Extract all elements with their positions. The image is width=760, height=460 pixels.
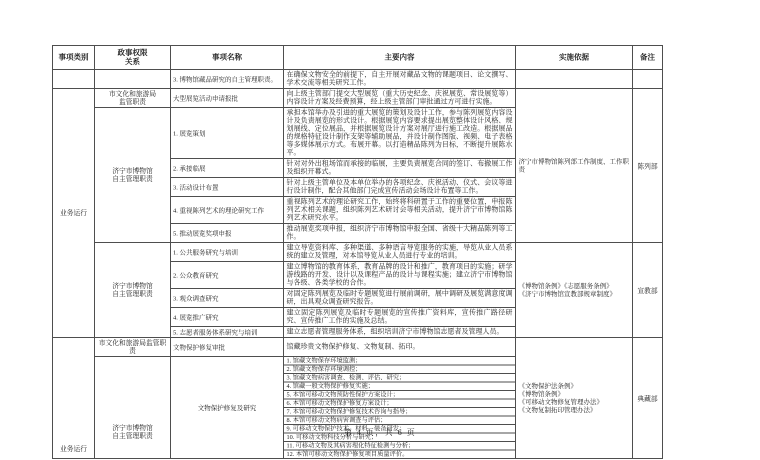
cell-item-name: 3. 活动设计布置: [171, 178, 284, 197]
col-header-main-content: 主要内容: [284, 46, 516, 70]
cell-content-subitem: 8. 本馆可移动文物病害调查与评估；: [284, 416, 516, 425]
responsibility-table: 事项类别 政事权限 关系 事项名称 主要内容 实施依据 备注 3. 博物馆藏品研…: [52, 45, 663, 459]
cell-content-subitem: 2. 馆藏文物保存环境调控；: [284, 365, 516, 374]
cell-category-business-operation: 业务运行: [53, 89, 95, 338]
page-number: 第 4 页，共 6 页: [0, 426, 760, 438]
cell-basis-education-dept: 《博物馆条例》《志愿服务条例》 《济宁市博物馆宣教部规章制度》: [516, 243, 633, 338]
cell-content-subitem: 7. 本馆可移动文物保护修复技术咨询与指导；: [284, 408, 516, 417]
cell-item-name: 1. 展览策划: [171, 108, 284, 159]
header-row: 事项类别 政事权限 关系 事项名称 主要内容 实施依据 备注: [53, 46, 663, 70]
cell-main-content: 针对对外出租场馆而承接的临展，主要负责展览合同的签订、布撤展工作及组织开幕式。: [284, 159, 516, 178]
cell-main-content: 针对上级主管单位及本单位举办的各项纪念、庆祝活动、仪式、会议等进行设计制作，配合…: [284, 178, 516, 197]
cell-main-content: 建立固定陈列展览及临时专题展览的宣传推广资料库，宣传推广路径研究、宣传推广工作的…: [284, 308, 516, 327]
cell-item-name: 5. 志愿者服务体系研究与培训: [171, 327, 284, 338]
table-row: 3. 博物馆藏品研究的自主管理职责。 在确保文物安全的前提下，自主开展对藏品文物…: [53, 70, 663, 89]
cell-main-content: 对固定陈列展览及临时专题展览进行展前调研，展中调研及展览满意度调研，出具观众调查…: [284, 289, 516, 308]
cell-main-content: 建立导览资料库、多种渠道、多种语言导览服务的实施，导览从业人员系统的建立及管理，…: [284, 243, 516, 262]
cell-item-name: 5. 推动展览奖项申报: [171, 224, 284, 243]
cell-item-name: 4. 重视陈列艺术的理论研究工作: [171, 197, 284, 224]
cell-relation-empty: [95, 70, 171, 89]
cell-main-content: 重视陈列艺术的理论研究工作，始终将科研置于工作的重要位置，申报陈列艺术相关课题，…: [284, 197, 516, 224]
cell-item-name: 2. 公众教育研究: [171, 262, 284, 289]
cell-content-subitem: 1. 馆藏文物保存环境监测；: [284, 357, 516, 366]
cell-main-content: 向上级主管部门提交大型展览（重大历史纪念、庆祝展览、常设展览等）内容设计方案及经…: [284, 89, 516, 108]
cell-main-content: 馆藏珍贵文物保护修复、文物复制、拓印。: [284, 338, 516, 357]
cell-relation-supervision: 市文化和旅游局监管职责: [95, 338, 171, 357]
cell-content-subitem: 3. 馆藏文物病害调查、检测、评估、研究；: [284, 374, 516, 383]
cell-main-content: 承担本馆举办及引进的重大展览的策划及设计工作，参与陈列展览内容设计及负责展览的形…: [284, 108, 516, 159]
col-header-authority-relation: 政事权限 关系: [95, 46, 171, 70]
cell-content-subitem: 4. 馆藏一般文物保护修复实施；: [284, 382, 516, 391]
cell-note-empty: [633, 70, 663, 89]
cell-basis-display-dept: 济宁市博物馆陈列部工作制度、工作职责: [516, 89, 633, 243]
document-page: 事项类别 政事权限 关系 事项名称 主要内容 实施依据 备注 3. 博物馆藏品研…: [0, 0, 760, 460]
cell-category-business-operation: 业务运行: [53, 338, 95, 459]
cell-content-subitem: 5. 本馆可移动文物预防性保护方案设计；: [284, 391, 516, 400]
cell-relation-supervision: 市文化和旅游局 监管职责: [95, 89, 171, 108]
cell-main-content: 建立志愿者管理服务体系，组织培训济宁市博物馆志愿者及管理人员。: [284, 327, 516, 338]
cell-item-name: 文物保护修复审批: [171, 338, 284, 357]
cell-relation-self-management: 济宁市博物馆 自主管理职责: [95, 108, 171, 243]
table-row: 业务运行 市文化和旅游局 监管职责 大型展览活动申请报批 向上级主管部门提交大型…: [53, 89, 663, 108]
cell-item-name: 3. 观众调查研究: [171, 289, 284, 308]
cell-item-name: 4. 展览推广研究: [171, 308, 284, 327]
cell-main-content: 在确保文物安全的前提下，自主开展对藏品文物的课题项目、论文撰写、学术交流等相关研…: [284, 70, 516, 89]
cell-item-name: 大型展览活动申请报批: [171, 89, 284, 108]
cell-note-collection-dept: 典藏部: [633, 338, 663, 459]
cell-content-subitem: 6. 本馆可移动文物保护修复方案设计；: [284, 399, 516, 408]
cell-relation-self-management: 济宁市博物馆 自主管理职责: [95, 357, 171, 459]
cell-note-display-dept: 陈列部: [633, 89, 663, 243]
table-row: 济宁市博物馆 自主管理职责 1. 公共服务研究与培训 建立导览资料库、多种渠道、…: [53, 243, 663, 262]
cell-note-education-dept: 宣教部: [633, 243, 663, 338]
cell-item-name: 2. 承接临展: [171, 159, 284, 178]
cell-item-name: 1. 公共服务研究与培训: [171, 243, 284, 262]
col-header-item-category: 事项类别: [53, 46, 95, 70]
col-header-implementation-basis: 实施依据: [516, 46, 633, 70]
cell-basis-empty: [516, 70, 633, 89]
cell-main-content: 建立博物馆的教育体系，教育品牌的设计和推广，教育项目的实施；研学游线路的开发、设…: [284, 262, 516, 289]
table-row: 业务运行 市文化和旅游局监管职责 文物保护修复审批 馆藏珍贵文物保护修复、文物复…: [53, 338, 663, 357]
cell-content-subitem: 11. 可移动文物及其病害理化特征检测与分析；: [284, 442, 516, 451]
cell-main-content: 推动展览奖项申报，组织济宁市博物馆申报全国、省级十大精品陈列等工作。: [284, 224, 516, 243]
cell-category-empty: [53, 70, 95, 89]
cell-relation-self-management: 济宁市博物馆 自主管理职责: [95, 243, 171, 338]
cell-content-subitem: 12. 本馆可移动文物保护修复项目质量评价。: [284, 450, 516, 459]
cell-basis-collection-dept: 《文物保护法条例》 《博物馆条例》 《可移动文物修复管理办法》 《文物复制拓印管…: [516, 338, 633, 459]
col-header-remarks: 备注: [633, 46, 663, 70]
cell-item-name: 3. 博物馆藏品研究的自主管理职责。: [171, 70, 284, 89]
cell-item-name: 文物保护修复及研究: [171, 357, 284, 459]
col-header-item-name: 事项名称: [171, 46, 284, 70]
